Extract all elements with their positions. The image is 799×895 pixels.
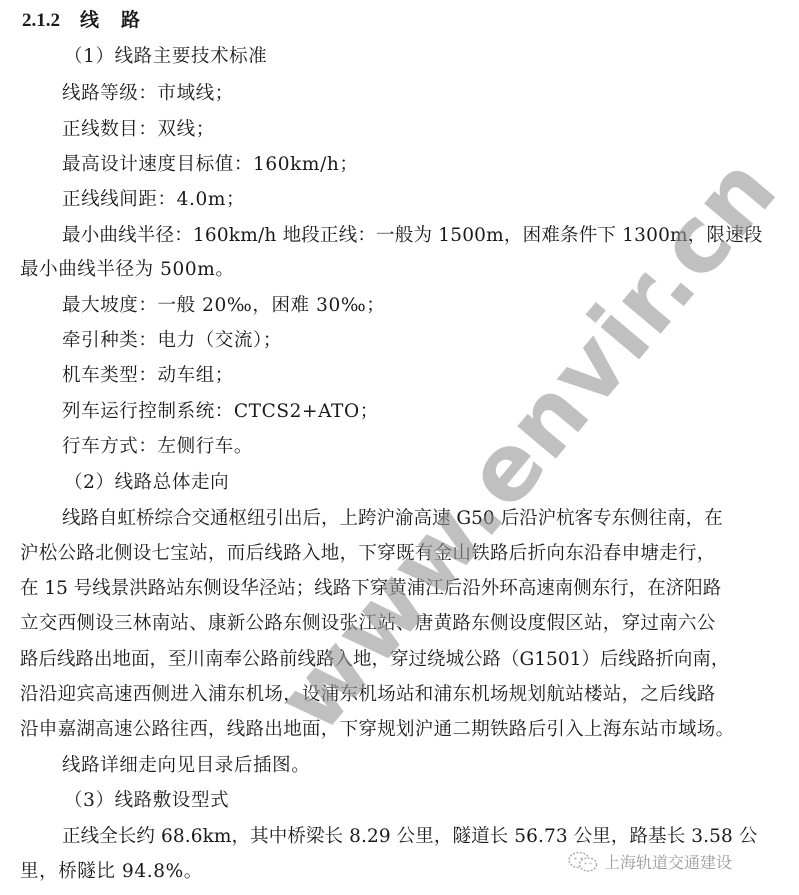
document-page: 2.1.2线路 （1）线路主要技术标准 线路等级：市域线； 正线数目：双线； 最… <box>0 0 799 895</box>
spec-train-control: 列车运行控制系统：CTCS2+ATO； <box>62 400 379 424</box>
source-watermark: 上海轨道交通建设 <box>568 850 732 873</box>
route-paragraph-line: 路后线路出地面，至川南奉公路前线路入地，穿过绕城公路（G1501）后线路折向南， <box>20 648 729 672</box>
subsection-1-title: （1）线路主要技术标准 <box>64 45 267 69</box>
spec-track-spacing: 正线线间距：4.0m； <box>62 188 245 212</box>
spec-min-curve-radius: 最小曲线半径：160km/h 地段正线：一般为 1500m，困难条件下 1300… <box>62 224 763 248</box>
section-number: 2.1.2 <box>22 10 60 31</box>
section-title-part2: 路 <box>121 10 140 31</box>
source-account-name: 上海轨道交通建设 <box>604 850 732 873</box>
spec-vehicle-type: 机车类型：动车组； <box>62 364 234 388</box>
route-paragraph-line: 沿沿迎宾高速西侧进入浦东机场，设浦东机场站和浦东机场规划航站楼站，之后线路 <box>20 683 716 707</box>
spec-line-grade: 线路等级：市域线； <box>62 82 234 106</box>
spec-traction-type: 牵引种类：电力（交流）； <box>62 329 282 353</box>
spec-min-curve-radius-cont: 最小曲线半径为 500m。 <box>20 258 235 282</box>
section-title-part1: 线 <box>80 10 99 31</box>
laying-paragraph-line: 里，桥隧比 94.8%。 <box>20 860 203 884</box>
spec-max-gradient: 最大坡度：一般 20‰，困难 30‰； <box>62 294 385 318</box>
route-paragraph-line: 在 15 号线景洪路站东侧设华泾站；线路下穿黄浦江后沿外环高速南侧东行，在济阳路 <box>20 577 721 601</box>
route-note: 线路详细走向见目录后插图。 <box>62 754 310 778</box>
spec-running-mode: 行车方式：左侧行车。 <box>62 435 253 459</box>
route-paragraph-line: 立交西侧设三林南站、康新公路东侧设张江站、唐黄路东侧设度假区站，穿过南六公 <box>20 612 716 636</box>
spec-main-lines: 正线数目：双线； <box>62 118 215 142</box>
laying-paragraph-line: 正线全长约 68.6km，其中桥梁长 8.29 公里，隧道长 56.73 公里，… <box>62 825 757 849</box>
route-paragraph-line: 沪松公路北侧设七宝站，而后线路入地，下穿既有金山铁路后折向东沿春申塘走行， <box>20 542 716 566</box>
subsection-3-title: （3）线路敷设型式 <box>64 789 229 813</box>
subsection-2-title: （2）线路总体走向 <box>64 471 229 495</box>
section-heading: 2.1.2线路 <box>22 8 140 34</box>
spec-max-speed: 最高设计速度目标值：160km/h； <box>62 153 359 177</box>
route-paragraph-line: 线路自虹桥综合交通枢纽引出后，上跨沪渝高速 G50 后沿沪杭客专东侧往南，在 <box>62 507 723 531</box>
route-paragraph-line: 沿申嘉湖高速公路往西，线路出地面，下穿规划沪通二期铁路后引入上海东站市域场。 <box>20 718 734 742</box>
wechat-icon <box>568 851 598 873</box>
